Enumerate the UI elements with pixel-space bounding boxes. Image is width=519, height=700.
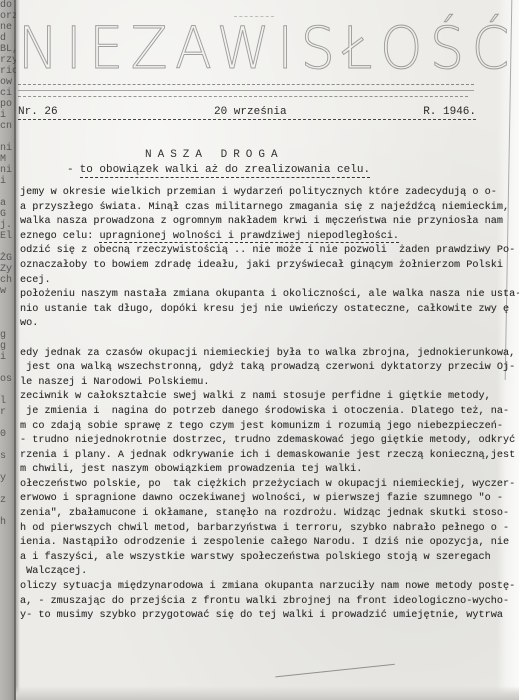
body-line: - trudno niejednokrotnie dostrzec, trudn…: [20, 434, 510, 449]
body-line: oznaczałoby to bowiem zdradę ideału, jak…: [20, 259, 510, 274]
body-line: zeciwnik w całokształcie swej walki z na…: [20, 390, 510, 405]
body-line: h od pierwszych chwil metod, barbarzyńst…: [20, 522, 510, 537]
body-line: ołeczeństwo polskie, po tak ciężkich prz…: [20, 478, 510, 493]
masthead-title: NIEZAWISŁOŚĆ: [18, 18, 517, 78]
article-subtitle: -to obowiązek walki aż do zrealizowania …: [67, 164, 370, 176]
body-line: jemy w okresie wielkich przemian i wydar…: [20, 186, 510, 201]
body-line: m chwili, jest naszym obowiązkiem prowad…: [20, 463, 510, 478]
body-line: walka nasza prowadzona z ogromnym nakład…: [20, 215, 510, 230]
body-line: wo.: [20, 317, 510, 332]
body-line: eznego celu: upragnionej wolności i praw…: [20, 230, 510, 245]
body-line: a przyszłego świata. Minął czas militarn…: [20, 201, 510, 216]
masthead-rule: [18, 96, 468, 97]
issue-year: R. 1946.: [423, 105, 476, 119]
body-line: m co zdają sobie sprawę z tego czym jest…: [20, 420, 510, 435]
subtitle-text: to obowiązek walki aż do zrealizowania c…: [80, 164, 370, 178]
masthead: NIEZAWISŁOŚĆ: [18, 18, 478, 78]
document-page: doorznedBL,rzyricowcipoicn niMnii aGj.El…: [0, 0, 519, 700]
body-line: ienia. Nastąpiło odrodzenie i zespolenie…: [20, 536, 510, 551]
issue-underline: [18, 119, 476, 120]
body-line: a i faszyści, ale wszystkie warstwy społ…: [20, 551, 510, 566]
body-line: y- to musimy szybko przygotować się do t…: [20, 609, 510, 624]
body-line: położeniu naszym nastała zmiana okupanta…: [20, 288, 510, 303]
body-line: Walczącej.: [20, 565, 510, 580]
body-line: le naszej i Narodowi Polskiemu.: [20, 376, 510, 391]
body-line: oliczy sytuacja międzynarodowa i zmiana …: [20, 580, 510, 595]
body-line: rzenia i plany. A jednak odkrywanie ich …: [20, 449, 510, 464]
body-line: edy jednak za czasów okupacji niemieckie…: [20, 347, 510, 362]
masthead-rule: [18, 90, 474, 91]
masthead-rule: [18, 84, 474, 85]
body-line: jest ona walką wszechstronną, gdyż taką …: [20, 361, 510, 376]
body-line: zenia", zbałamucone i okłamane, stanęło …: [20, 507, 510, 522]
issue-number: Nr. 26: [18, 105, 58, 119]
body-line: erwowo i spragnione dawno oczekiwanej wo…: [20, 492, 510, 507]
underlined-phrase: upragnionej wolności i prawdziwej niepod…: [99, 231, 399, 243]
article-title: NASZA DROGA: [145, 149, 284, 161]
subtitle-dash: -: [67, 164, 74, 176]
body-line: [20, 332, 510, 347]
body-line: ecej.: [20, 274, 510, 289]
body-line: odzić się z obecną rzeczywistością .. ni…: [20, 244, 510, 259]
torn-bottom-edge: [16, 686, 519, 700]
body-line: nio ustanie tak długo, dopóki kresu jej …: [20, 303, 510, 318]
issue-date: 20 września: [214, 105, 287, 119]
body-line: a, - zmuszając do przejścia z frontu wal…: [20, 595, 510, 610]
body-line: je zmienia i nagina do potrzeb danego śr…: [20, 405, 510, 420]
article-body: jemy w okresie wielkich przemian i wydar…: [20, 186, 510, 624]
